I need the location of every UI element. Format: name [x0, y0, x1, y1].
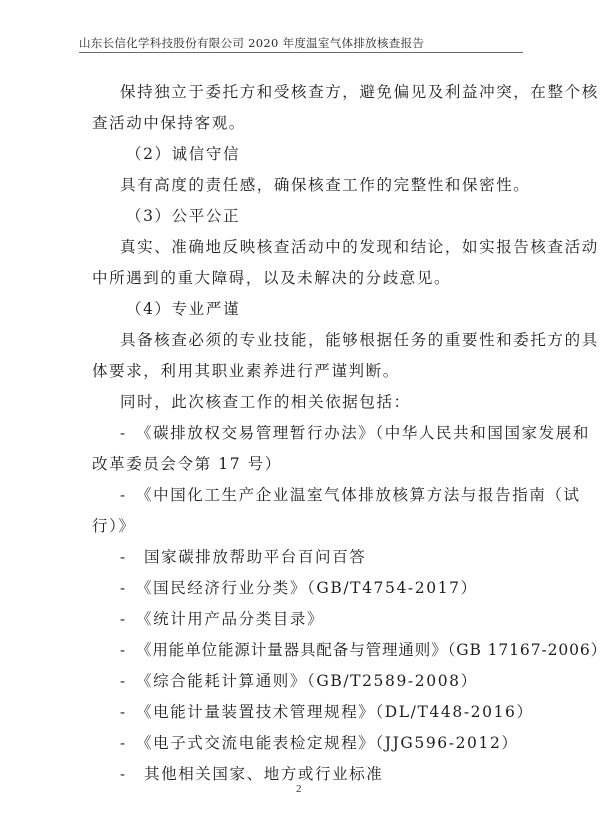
paragraph-line: 中所遇到的重大障碍，以及未解决的分歧意见。 — [92, 267, 451, 289]
basis-item-text: 《电子式交流电能表检定规程》（JJG596-2012） — [136, 732, 519, 754]
dash-bullet: - — [120, 484, 127, 506]
paragraph-line: 体要求，利用其职业素养进行严谨判断。 — [92, 360, 400, 382]
dash-bullet: - — [120, 701, 127, 723]
dash-bullet: - — [120, 422, 127, 444]
basis-item-continuation: 改革委员会令第 17 号） — [92, 453, 282, 475]
basis-item-text: 国家碳排放帮助平台百问百答 — [144, 546, 366, 568]
dash-bullet: - — [120, 639, 126, 661]
basis-item: - 《综合能耗计算通则》（GB/T2589-2008） — [92, 670, 522, 692]
dash-bullet: - — [120, 577, 127, 599]
basis-item: - 《中国化工生产企业温室气体排放核算方法与报告指南（试 — [92, 484, 522, 506]
basis-item-text: 《中国化工生产企业温室气体排放核算方法与报告指南（试 — [136, 484, 581, 506]
basis-item-text: 《碳排放权交易管理暂行办法》（中华人民共和国国家发展和 — [136, 422, 590, 444]
paragraph-line: 真实、准确地反映核查活动中的发现和结论，如实报告核查活动 — [120, 236, 599, 258]
basis-item: - 《用能单位能源计量器具配备与管理通则》（GB 17167-2006） — [92, 639, 522, 661]
basis-item-text: 《统计用产品分类目录》 — [136, 608, 324, 630]
paragraph-line: 具有高度的责任感，确保核查工作的完整性和保密性。 — [120, 174, 530, 196]
basis-item-text: 《国民经济行业分类》（GB/T4754-2017） — [136, 577, 478, 599]
section-heading-integrity: （2）诚信守信 — [126, 143, 240, 165]
basis-item: - 《碳排放权交易管理暂行办法》（中华人民共和国国家发展和 — [92, 422, 522, 444]
basis-item-text: 《电能计量装置技术管理规程》（DL/T448-2016） — [136, 701, 534, 723]
basis-item: - 其他相关国家、地方或行业标准 — [92, 763, 522, 785]
page-header: 山东长信化学科技股份有限公司 2020 年度温室气体排放核查报告 — [79, 36, 523, 53]
basis-item-text: 《综合能耗计算通则》（GB/T2589-2008） — [136, 670, 478, 692]
basis-item: - 国家碳排放帮助平台百问百答 — [92, 546, 522, 568]
paragraph-line: 具备核查必须的专业技能，能够根据任务的重要性和委托方的具 — [120, 329, 599, 351]
dash-bullet: - — [120, 546, 127, 568]
basis-item: - 《统计用产品分类目录》 — [92, 608, 522, 630]
paragraph-line: 保持独立于委托方和受核查方，避免偏见及利益冲突，在整个核 — [120, 81, 599, 103]
dash-bullet: - — [120, 763, 127, 785]
dash-bullet: - — [120, 732, 127, 754]
dash-bullet: - — [120, 608, 127, 630]
basis-item: - 《电能计量装置技术管理规程》（DL/T448-2016） — [92, 701, 522, 723]
basis-item: - 《电子式交流电能表检定规程》（JJG596-2012） — [92, 732, 522, 754]
dash-bullet: - — [120, 670, 127, 692]
basis-item-text: 《用能单位能源计量器具配备与管理通则》（GB 17167-2006） — [136, 639, 605, 661]
basis-intro: 同时，此次核查工作的相关依据包括： — [120, 391, 411, 413]
paragraph-line: 查活动中保持客观。 — [92, 112, 246, 134]
section-heading-fairness: （3）公平公正 — [126, 205, 240, 227]
basis-item: - 《国民经济行业分类》（GB/T4754-2017） — [92, 577, 522, 599]
section-heading-professional: （4）专业严谨 — [126, 298, 240, 320]
basis-item-continuation: 行）》 — [92, 515, 136, 537]
page-number: 2 — [296, 783, 302, 795]
basis-item-text: 其他相关国家、地方或行业标准 — [144, 763, 383, 785]
